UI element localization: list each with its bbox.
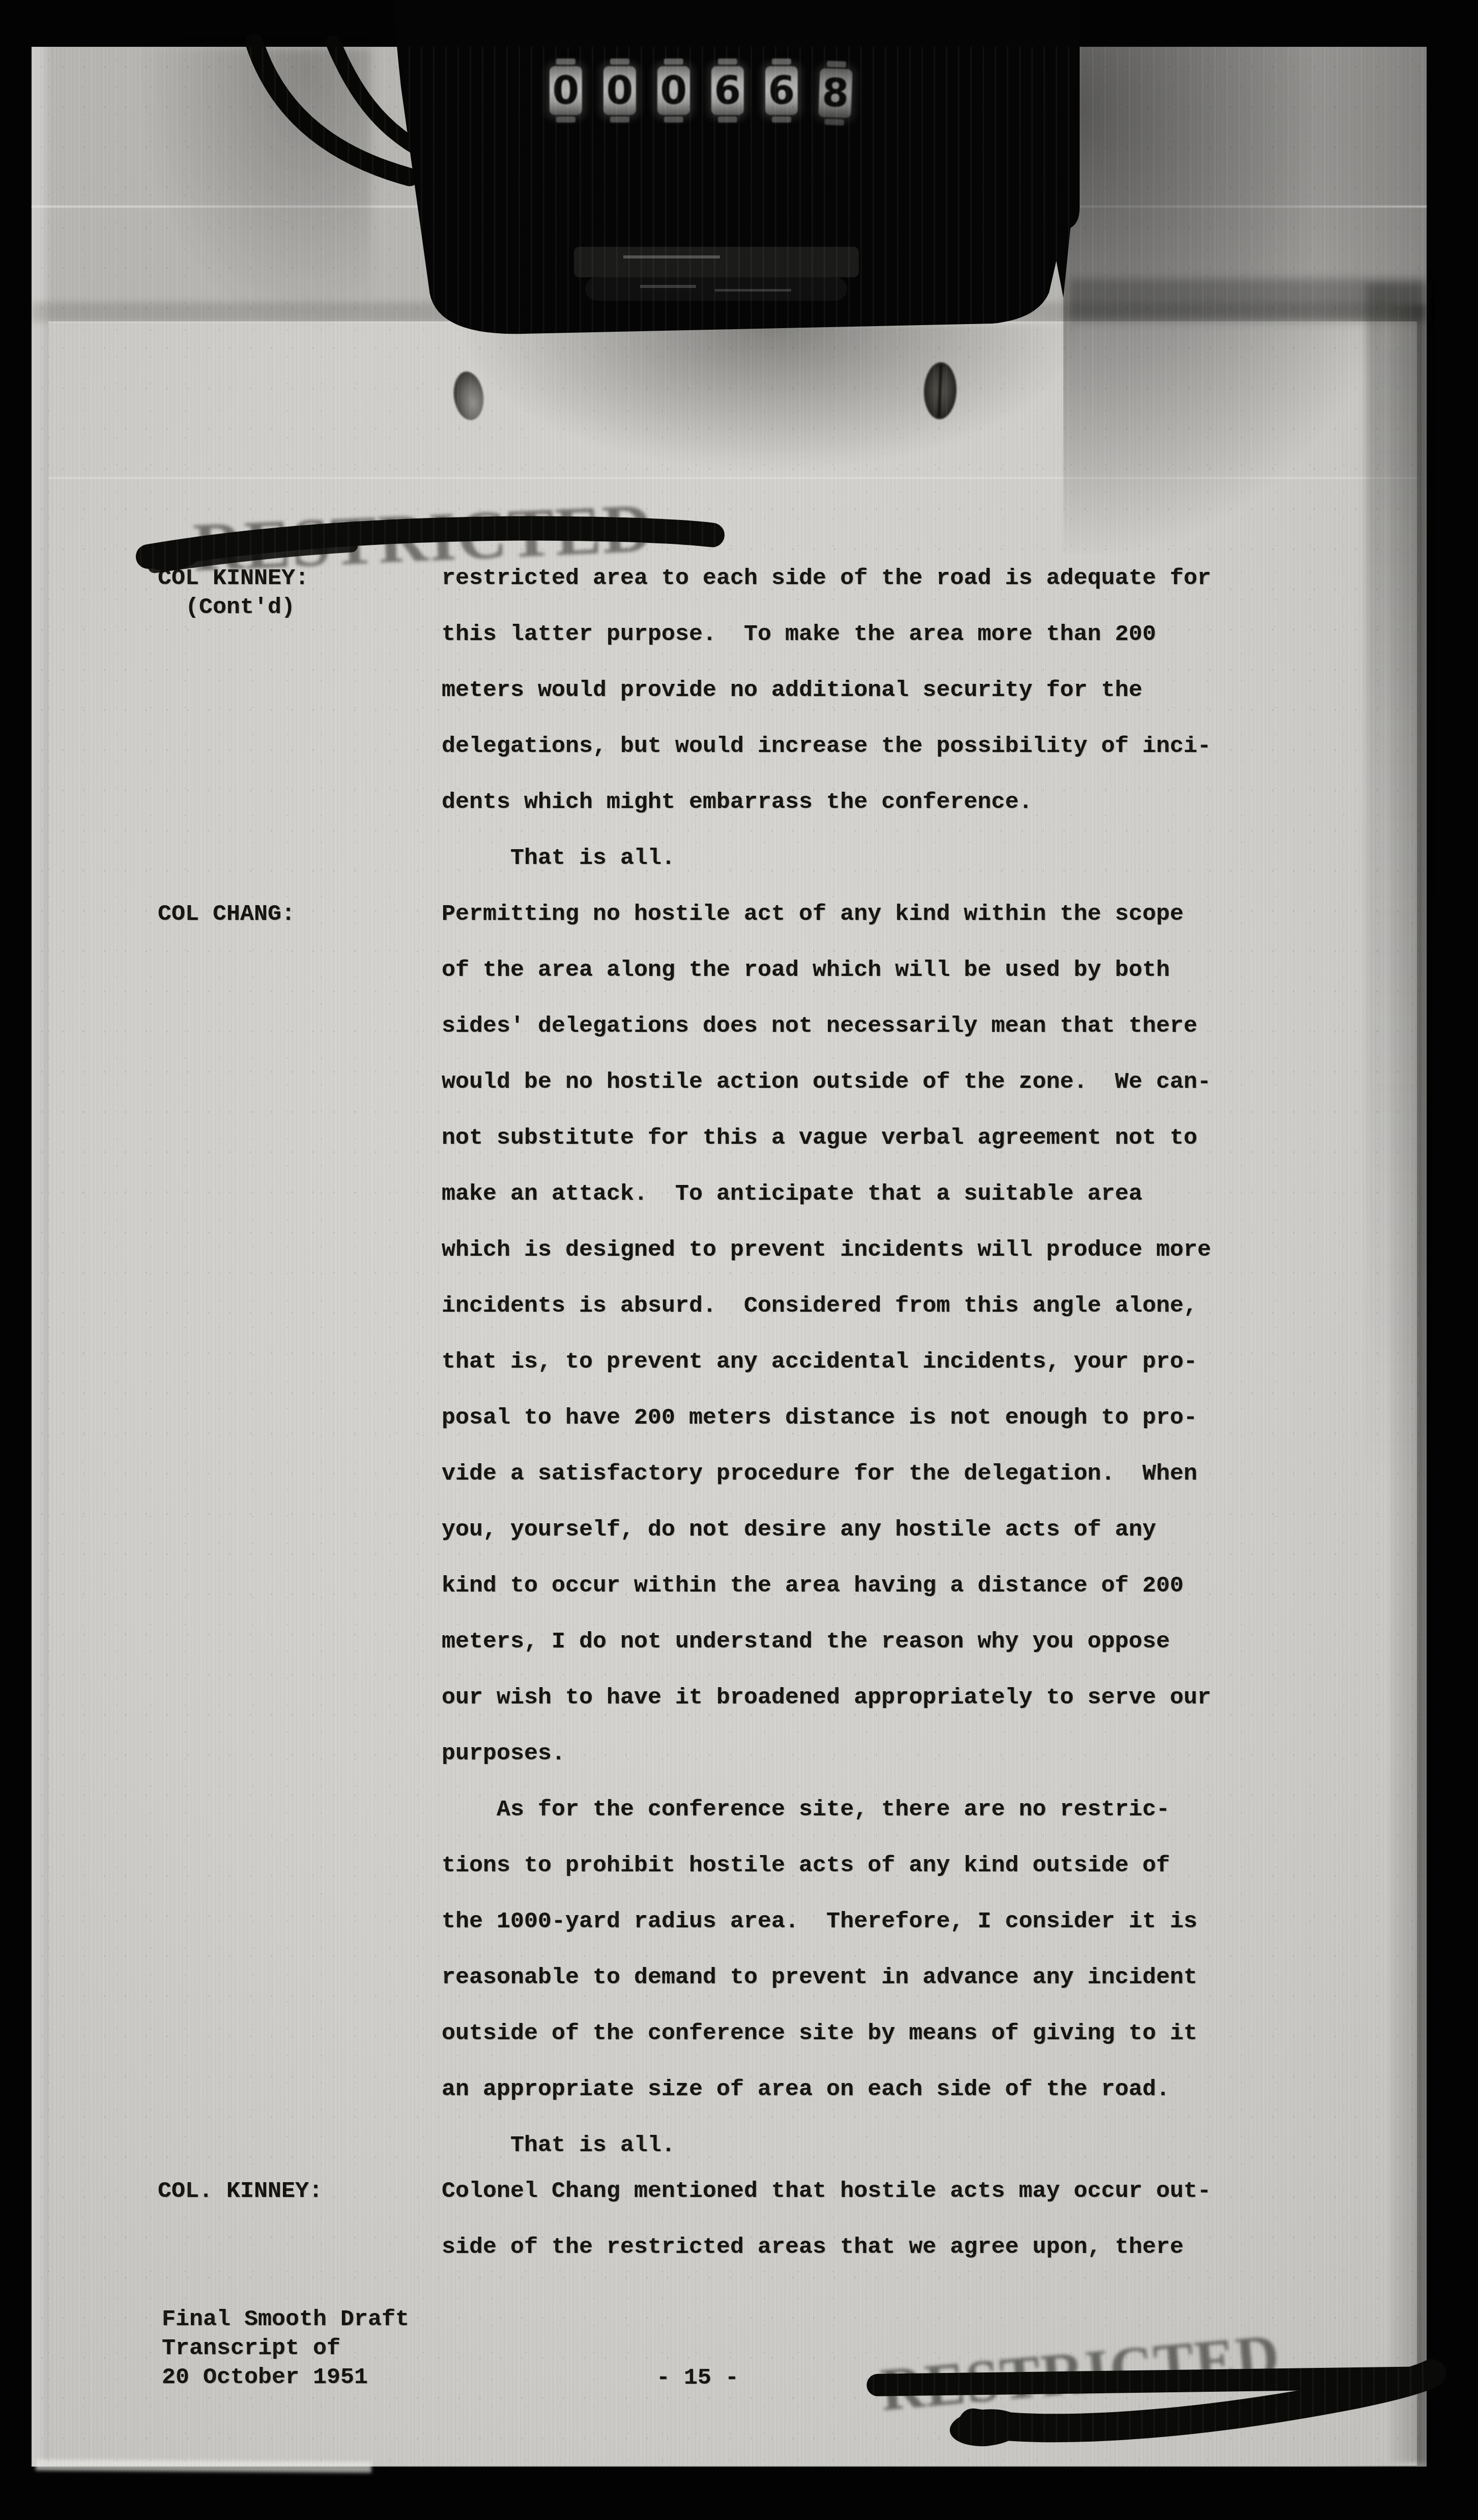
transcript-line: delegations, but would increase the poss…	[442, 734, 1211, 790]
transcript-line: outside of the conference site by means …	[442, 2021, 1211, 2077]
counter-cable-outer	[254, 43, 410, 177]
transcript-line: an appropriate size of area on each side…	[442, 2077, 1211, 2133]
transcript-line: purposes.	[442, 1741, 1211, 1797]
counter-plaque	[574, 247, 859, 277]
plaque-text-glint	[623, 255, 720, 258]
counter-digit: 6	[765, 66, 798, 115]
transcript-line: of the area along the road which will be…	[442, 958, 1211, 1013]
counter-digit: 6	[711, 66, 744, 115]
transcript-line: Colonel Chang mentioned that hostile act…	[442, 2179, 1211, 2235]
transcript-line: our wish to have it broadened appropriat…	[442, 1685, 1211, 1741]
footer-note-line: Final Smooth Draft	[162, 2307, 409, 2336]
transcript-line: dents which might embarrass the conferen…	[442, 790, 1211, 846]
speaker-label-line: COL. KINNEY:	[158, 2179, 323, 2208]
transcript-line: you, yourself, do not desire any hostile…	[442, 1517, 1211, 1573]
plaque-text-glint	[715, 289, 791, 292]
transcript-line: which is designed to prevent incidents w…	[442, 1237, 1211, 1293]
footer-note-line: Transcript of	[162, 2336, 409, 2365]
dialogue-body: Colonel Chang mentioned that hostile act…	[442, 2179, 1211, 2291]
transcript-line: meters, I do not understand the reason w…	[442, 1629, 1211, 1685]
restricted-stamp-top: RESTRICTED	[132, 478, 768, 600]
transcript-line: not substitute for this a vague verbal a…	[442, 1125, 1211, 1181]
counter-digit: 0	[657, 66, 690, 115]
transcript-line: tions to prohibit hostile acts of any ki…	[442, 1853, 1211, 1909]
transcript-line: kind to occur within the area having a d…	[442, 1573, 1211, 1629]
transcript-line: the 1000-yard radius area. Therefore, I …	[442, 1909, 1211, 1965]
transcript-line: As for the conference site, there are no…	[442, 1797, 1211, 1853]
counter-digit: 8	[818, 68, 852, 118]
dialogue-body: Permitting no hostile act of any kind wi…	[442, 902, 1211, 2189]
dialogue-body: restricted area to each side of the road…	[442, 566, 1211, 902]
page-bottom-edge	[36, 2459, 371, 2473]
transcript-line: That is all.	[442, 846, 1211, 902]
transcript-line: make an attack. To anticipate that a sui…	[442, 1181, 1211, 1237]
speaker-label: COL. KINNEY:	[158, 2179, 323, 2208]
transcript-line: vide a satisfactory procedure for the de…	[442, 1461, 1211, 1517]
page-right-edge-shadow	[1390, 305, 1426, 2463]
transcript-line: this latter purpose. To make the area mo…	[442, 622, 1211, 678]
counter-digit: 0	[603, 66, 636, 115]
footer-note-line: 20 October 1951	[162, 2365, 409, 2394]
transcript-line: would be no hostile action outside of th…	[442, 1069, 1211, 1125]
document-scan: 000668 COL KINNEY: (Cont'd) restricted a…	[0, 0, 1478, 2520]
restricted-stamp-bottom: RESTRICTED	[814, 2279, 1478, 2463]
transcript-line: incidents is absurd. Considered from thi…	[442, 1293, 1211, 1349]
transcript-line: meters would provide no additional secur…	[442, 678, 1211, 734]
transcript-line: that is, to prevent any accidental incid…	[442, 1349, 1211, 1405]
transcript-line: sides' delegations does not necessarily …	[442, 1013, 1211, 1069]
plaque-text-glint	[640, 285, 696, 288]
speaker-label: COL CHANG:	[158, 902, 295, 931]
page-number: - 15 -	[656, 2365, 739, 2391]
speaker-label-line: COL CHANG:	[158, 902, 295, 931]
frame-counter-readout: 000668	[549, 66, 873, 115]
transcript-line: posal to have 200 meters distance is not…	[442, 1405, 1211, 1461]
transcript-line: reasonable to demand to prevent in advan…	[442, 1965, 1211, 2021]
counter-digit: 0	[549, 66, 582, 115]
transcript-line: Permitting no hostile act of any kind wi…	[442, 902, 1211, 958]
footer-note: Final Smooth DraftTranscript of20 Octobe…	[162, 2307, 409, 2394]
